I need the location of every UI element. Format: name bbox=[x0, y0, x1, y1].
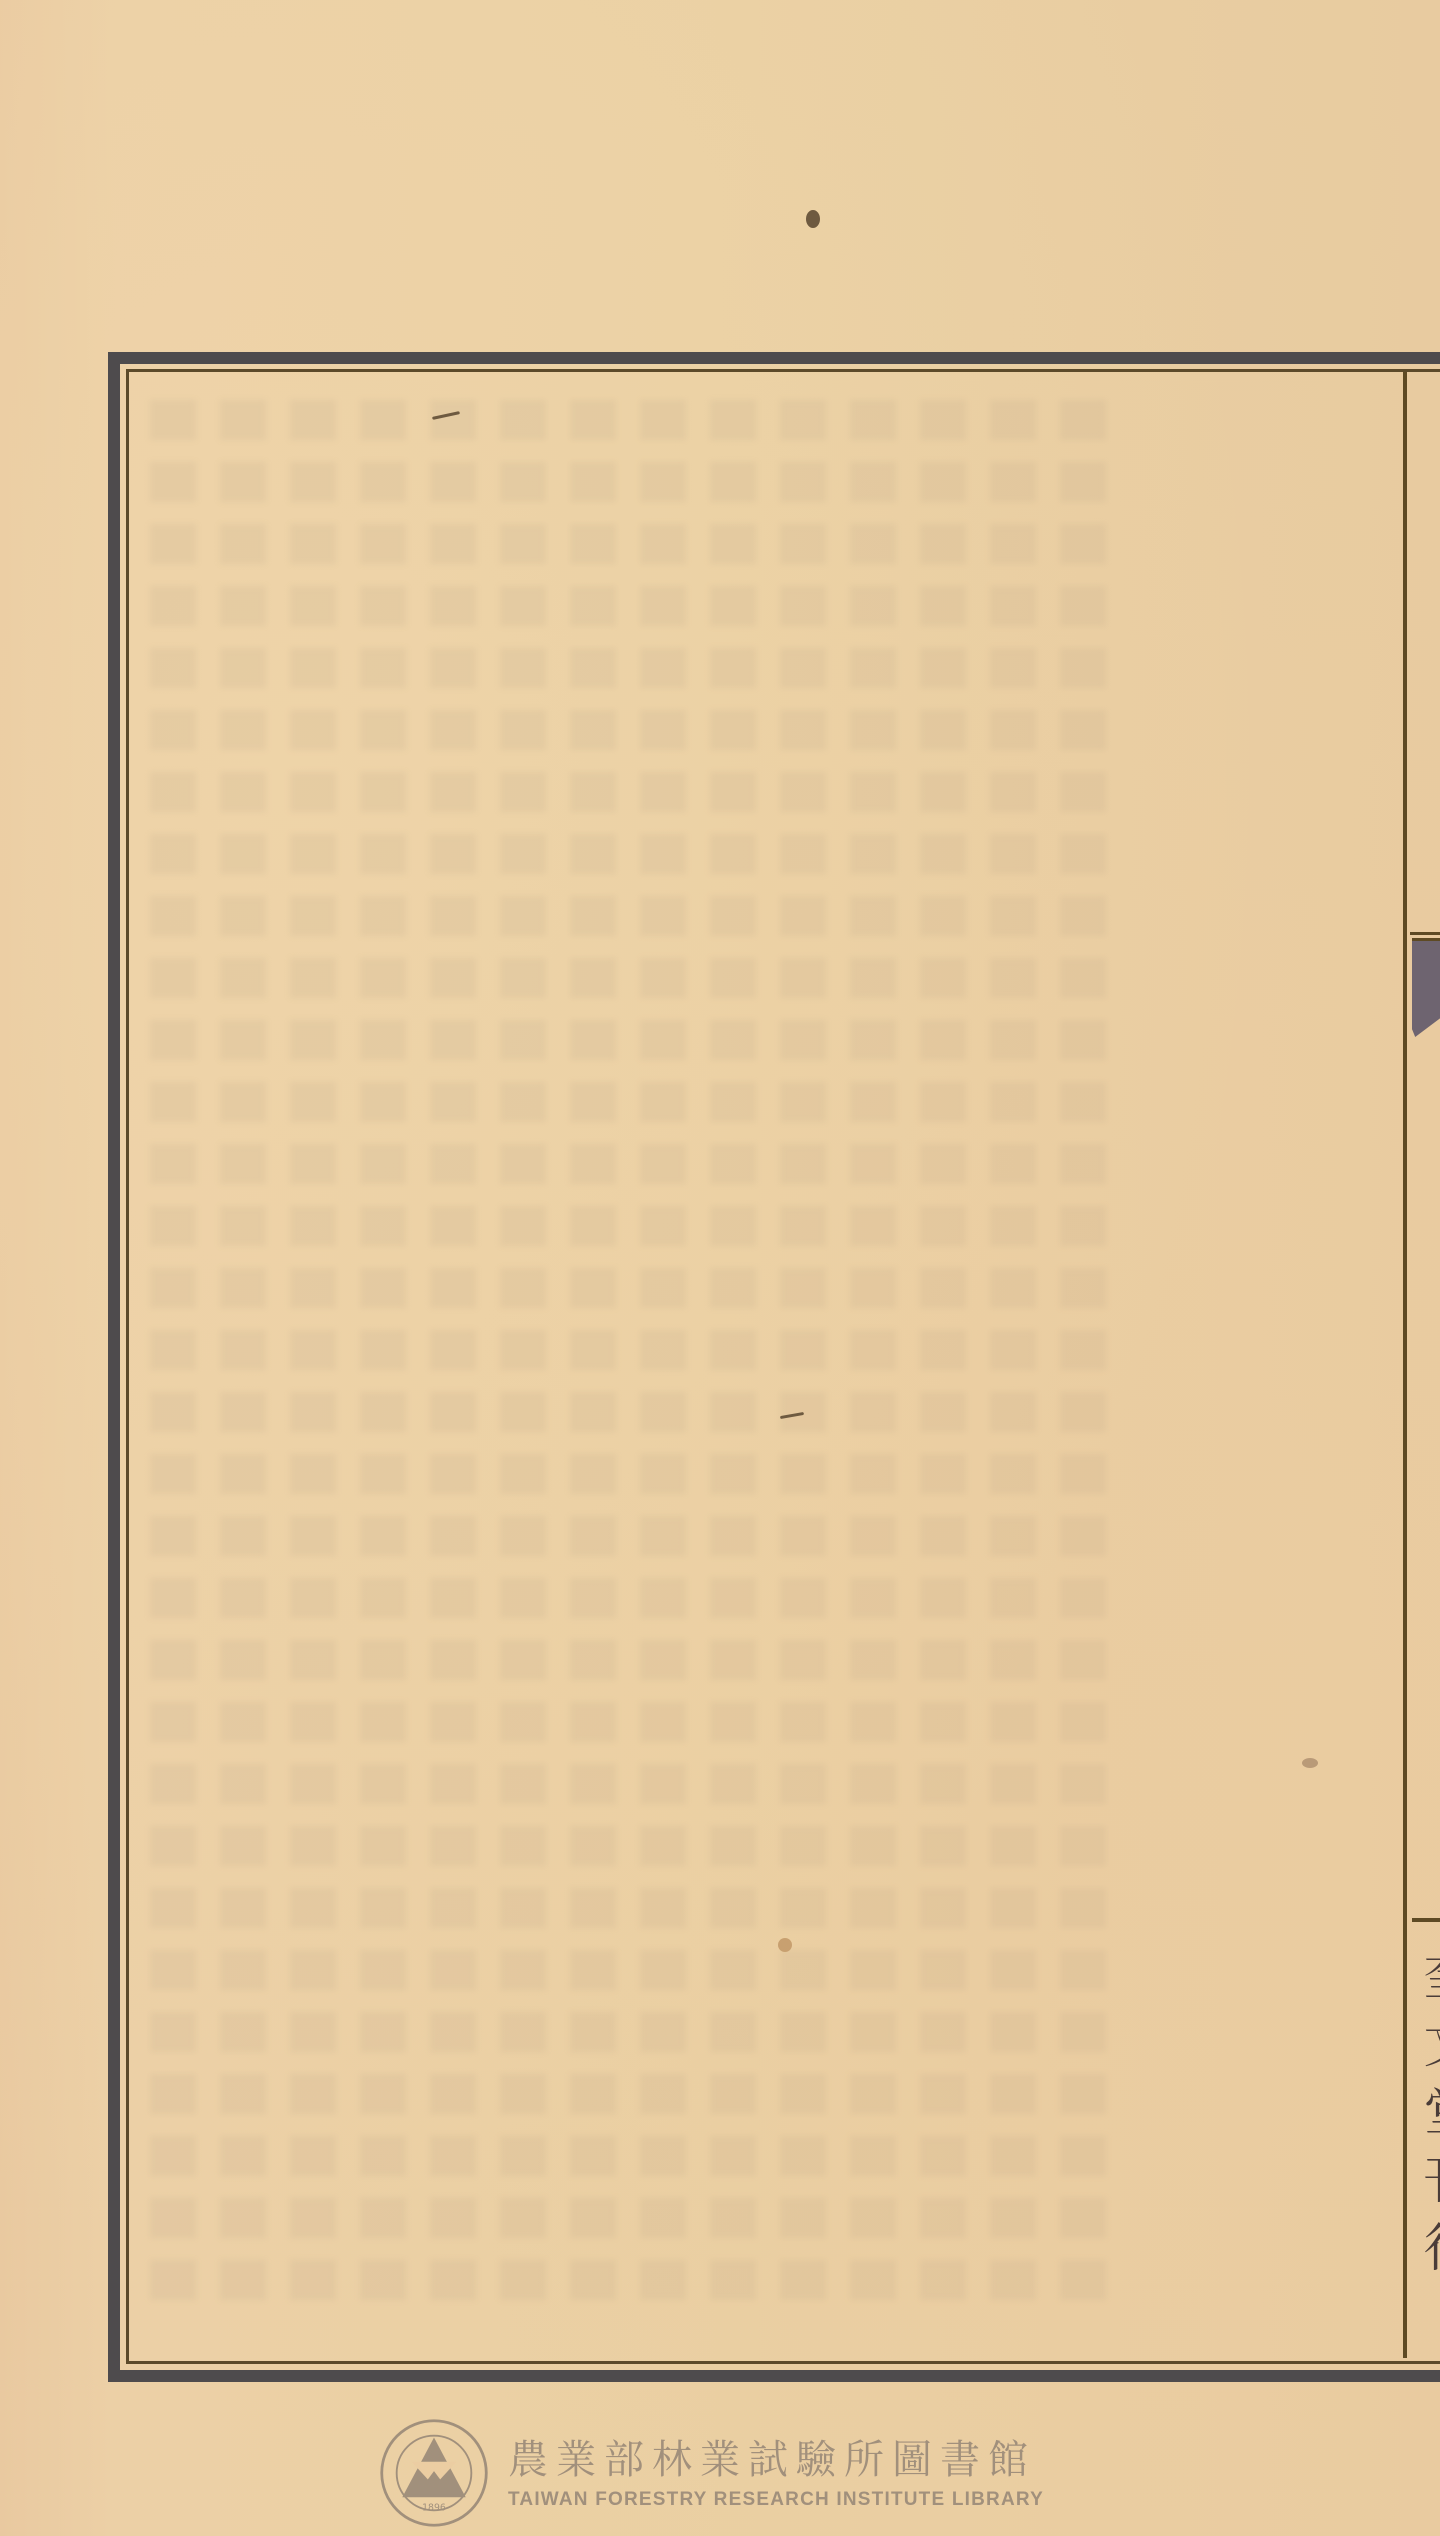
paper-speck bbox=[806, 210, 820, 228]
library-watermark: 1896 農業部林業試驗所圖書館 TAIWAN FORESTRY RESEARC… bbox=[378, 2418, 1078, 2528]
inner-border-frame bbox=[126, 369, 1440, 2364]
fish-tail-rule bbox=[1410, 932, 1440, 935]
forestry-institute-logo-icon: 1896 bbox=[378, 2417, 490, 2529]
paper-speck bbox=[778, 1938, 792, 1952]
paper-speck bbox=[1302, 1758, 1318, 1768]
publisher-colophon: 奎文堂刊行 bbox=[1414, 1948, 1440, 2288]
library-name-en: TAIWAN FORESTRY RESEARCH INSTITUTE LIBRA… bbox=[508, 2489, 1044, 2511]
library-name-zh: 農業部林業試驗所圖書館 bbox=[508, 2435, 1044, 2485]
center-fold-line bbox=[1403, 372, 1407, 2358]
colophon-rule bbox=[1412, 1918, 1440, 1922]
svg-text:1896: 1896 bbox=[422, 2502, 446, 2513]
